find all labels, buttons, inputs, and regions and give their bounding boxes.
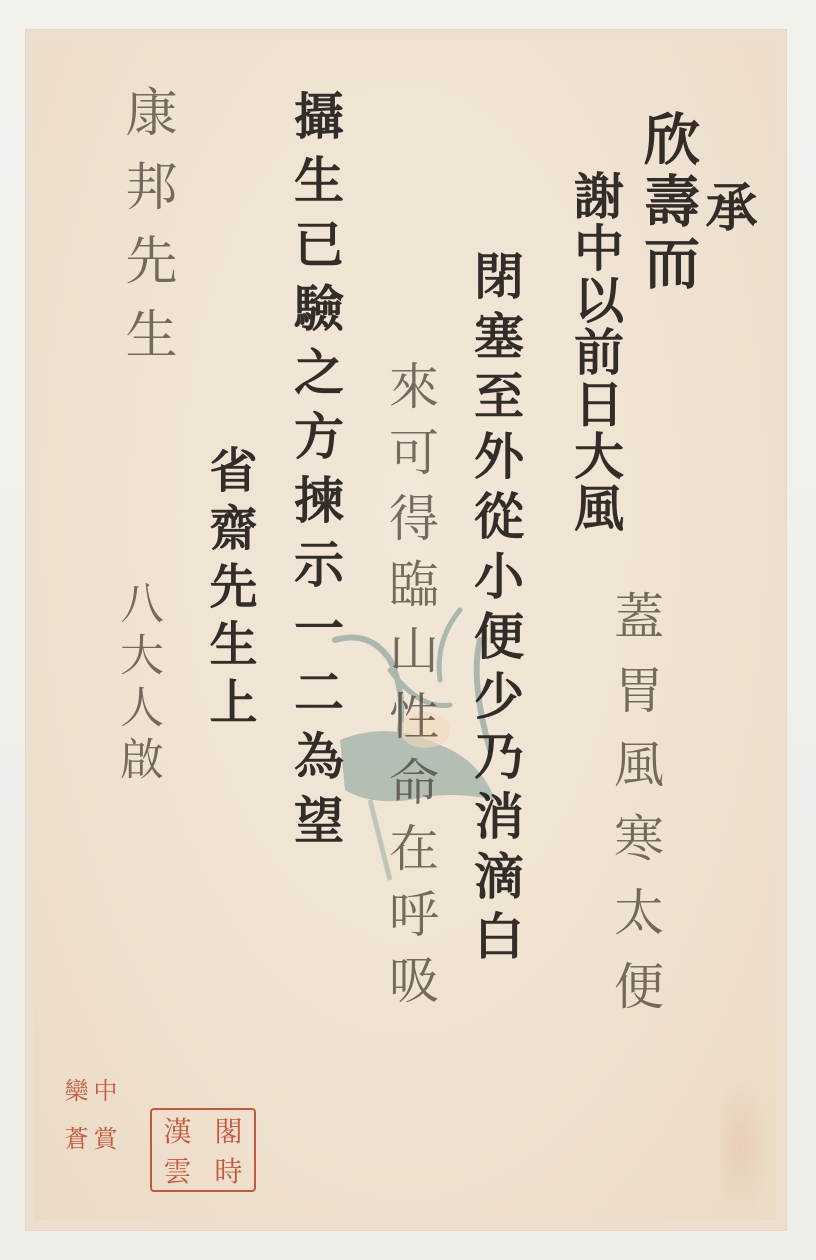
collector-seal-left: 欒 中 蒼 賞 — [62, 1065, 120, 1160]
text-column-3: 謝中以前日大風 — [570, 170, 620, 534]
text-column-9: 康邦先生 — [120, 85, 172, 381]
text-column-6: 來可得臨山性命在呼吸 — [385, 360, 435, 1020]
seal-char: 欒 — [62, 1065, 91, 1113]
seal-char: 漢 — [152, 1110, 203, 1150]
seal-char: 蒼 — [62, 1113, 91, 1161]
signature: 八大人啟 — [115, 580, 159, 788]
text-column-4: 蓋胃風寒太便 — [610, 590, 660, 1034]
text-column-2: 欣壽而 — [640, 110, 696, 296]
text-column-7: 攝生已驗之方揀示一二為望 — [290, 90, 340, 858]
text-column-8: 省齋先生上 — [205, 445, 253, 735]
seal-char: 時 — [203, 1150, 254, 1190]
seal-char: 閣 — [203, 1110, 254, 1150]
foxing-stain — [720, 1070, 770, 1220]
text-column-5: 閉塞至外從小便少乃消滴白 — [470, 250, 520, 970]
seal-char: 雲 — [152, 1150, 203, 1190]
text-column-1: 承 — [700, 180, 752, 238]
seal-char: 賞 — [91, 1113, 120, 1161]
seal-char: 中 — [91, 1065, 120, 1113]
collector-seal-right: 漢 閣 雲 時 — [150, 1108, 256, 1192]
